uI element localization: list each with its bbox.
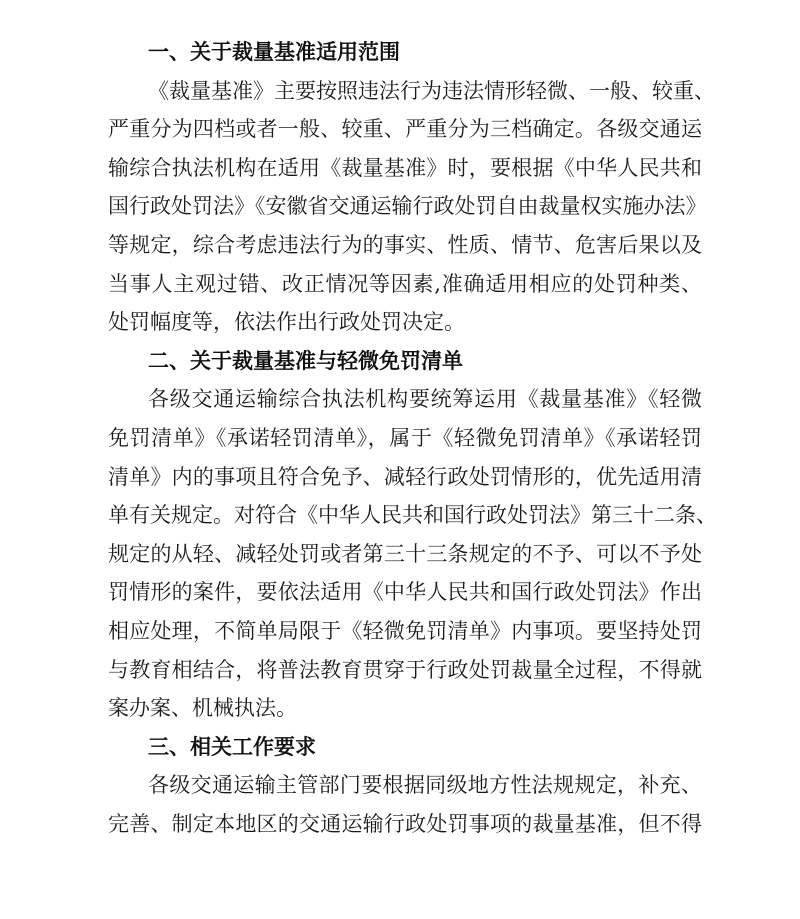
document-page: 一、关于裁量基准适用范围 《裁量基准》主要按照违法行为违法情形轻微、一般、较重、… xyxy=(108,33,702,843)
paragraph-line: 相应处理，不简单局限于《轻微免罚清单》内事项。要坚持处罚 xyxy=(108,612,702,651)
paragraph-line: 各级交通运输综合执法机构要统筹运用《裁量基准》《轻微 xyxy=(108,380,702,419)
paragraph-line: 罚情形的案件，要依法适用《中华人民共和国行政处罚法》作出 xyxy=(108,573,702,612)
paragraph-line: 单有关规定。对符合《中华人民共和国行政处罚法》第三十二条、 xyxy=(108,496,702,535)
paragraph-line: 处罚幅度等，依法作出行政处罚决定。 xyxy=(108,303,702,342)
section-heading-3: 三、相关工作要求 xyxy=(108,728,702,767)
paragraph-line: 等规定，综合考虑违法行为的事实、性质、情节、危害后果以及 xyxy=(108,226,702,265)
paragraph-line: 与教育相结合，将普法教育贯穿于行政处罚裁量全过程，不得就 xyxy=(108,651,702,690)
paragraph-line: 严重分为四档或者一般、较重、严重分为三档确定。各级交通运 xyxy=(108,110,702,149)
paragraph-line: 国行政处罚法》《安徽省交通运输行政处罚自由裁量权实施办法》 xyxy=(108,187,702,226)
paragraph-line: 各级交通运输主管部门要根据同级地方性法规规定，补充、 xyxy=(108,766,702,805)
paragraph-line: 清单》内的事项且符合免予、减轻行政处罚情形的，优先适用清 xyxy=(108,458,702,497)
paragraph-line: 当事人主观过错、改正情况等因素,准确适用相应的处罚种类、 xyxy=(108,265,702,304)
section-heading-1: 一、关于裁量基准适用范围 xyxy=(108,33,702,72)
paragraph-line: 免罚清单》《承诺轻罚清单》，属于《轻微免罚清单》《承诺轻罚 xyxy=(108,419,702,458)
paragraph-line: 输综合执法机构在适用《裁量基准》时，要根据《中华人民共和 xyxy=(108,149,702,188)
section-heading-2: 二、关于裁量基准与轻微免罚清单 xyxy=(108,342,702,381)
paragraph-line: 《裁量基准》主要按照违法行为违法情形轻微、一般、较重、 xyxy=(108,72,702,111)
paragraph-line: 规定的从轻、减轻处罚或者第三十三条规定的不予、可以不予处 xyxy=(108,535,702,574)
paragraph-line: 案办案、机械执法。 xyxy=(108,689,702,728)
paragraph-line: 完善、制定本地区的交通运输行政处罚事项的裁量基准，但不得 xyxy=(108,805,702,844)
